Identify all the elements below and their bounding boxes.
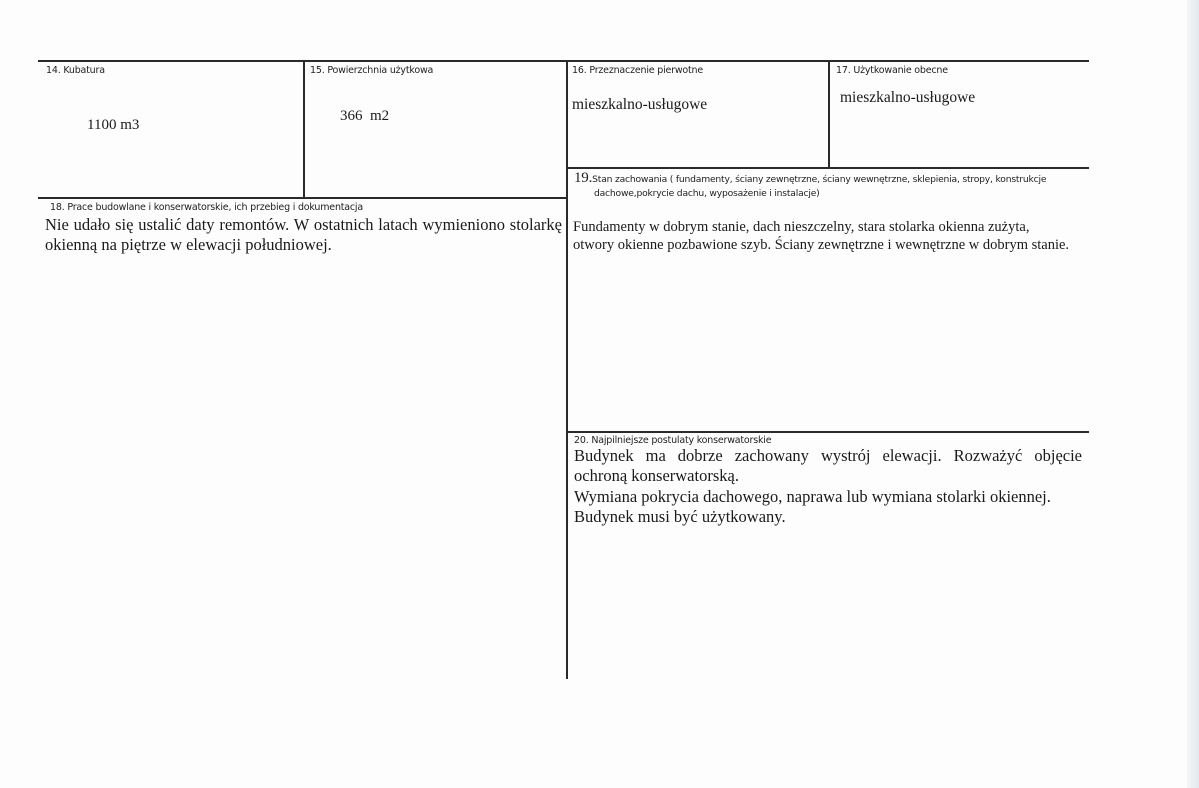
field-20-value-p1: Budynek ma dobrze zachowany wystrój elew…: [574, 446, 1082, 486]
field-20-value-p3: Budynek musi być użytkowany.: [574, 507, 786, 527]
divider-19-20: [566, 431, 1089, 433]
divider-14-15: [303, 60, 305, 199]
field-18-value: Nie udało się ustalić daty remontów. W o…: [45, 215, 562, 255]
field-20-label: 20. Najpilniejsze postulaty konserwators…: [574, 435, 771, 446]
field-15-value: 366 m2: [340, 107, 389, 126]
main-column-divider: [566, 60, 568, 679]
field-20-value-p2: Wymiana pokrycia dachowego, naprawa lub …: [574, 487, 1051, 507]
field-19-number: 19.: [574, 170, 592, 186]
scan-page-edge: [1187, 0, 1199, 788]
top-border: [38, 60, 1089, 62]
field-16-value: mieszkalno-usługowe: [572, 95, 707, 114]
divider-16-19: [566, 167, 1089, 169]
divider-16-17: [828, 60, 830, 169]
field-18-label: 18. Prace budowlane i konserwatorskie, i…: [50, 202, 363, 213]
divider-14-18: [38, 197, 568, 199]
field-14-label: 14. Kubatura: [46, 65, 105, 76]
field-14-value: 1100 m3: [87, 116, 139, 135]
field-15-label: 15. Powierzchnia użytkowa: [310, 65, 433, 76]
field-17-value: mieszkalno-usługowe: [840, 88, 975, 107]
field-19-value: Fundamenty w dobrym stanie, dach nieszcz…: [573, 219, 1073, 254]
field-19-label-line1: Stan zachowania ( fundamenty, ściany zew…: [592, 174, 1046, 185]
field-16-label: 16. Przeznaczenie pierwotne: [572, 65, 703, 76]
field-19-label: 19.Stan zachowania ( fundamenty, ściany …: [574, 171, 1084, 201]
field-19-label-line2: dachowe,pokrycie dachu, wyposażenie i in…: [574, 188, 820, 199]
field-17-label: 17. Użytkowanie obecne: [836, 65, 948, 76]
